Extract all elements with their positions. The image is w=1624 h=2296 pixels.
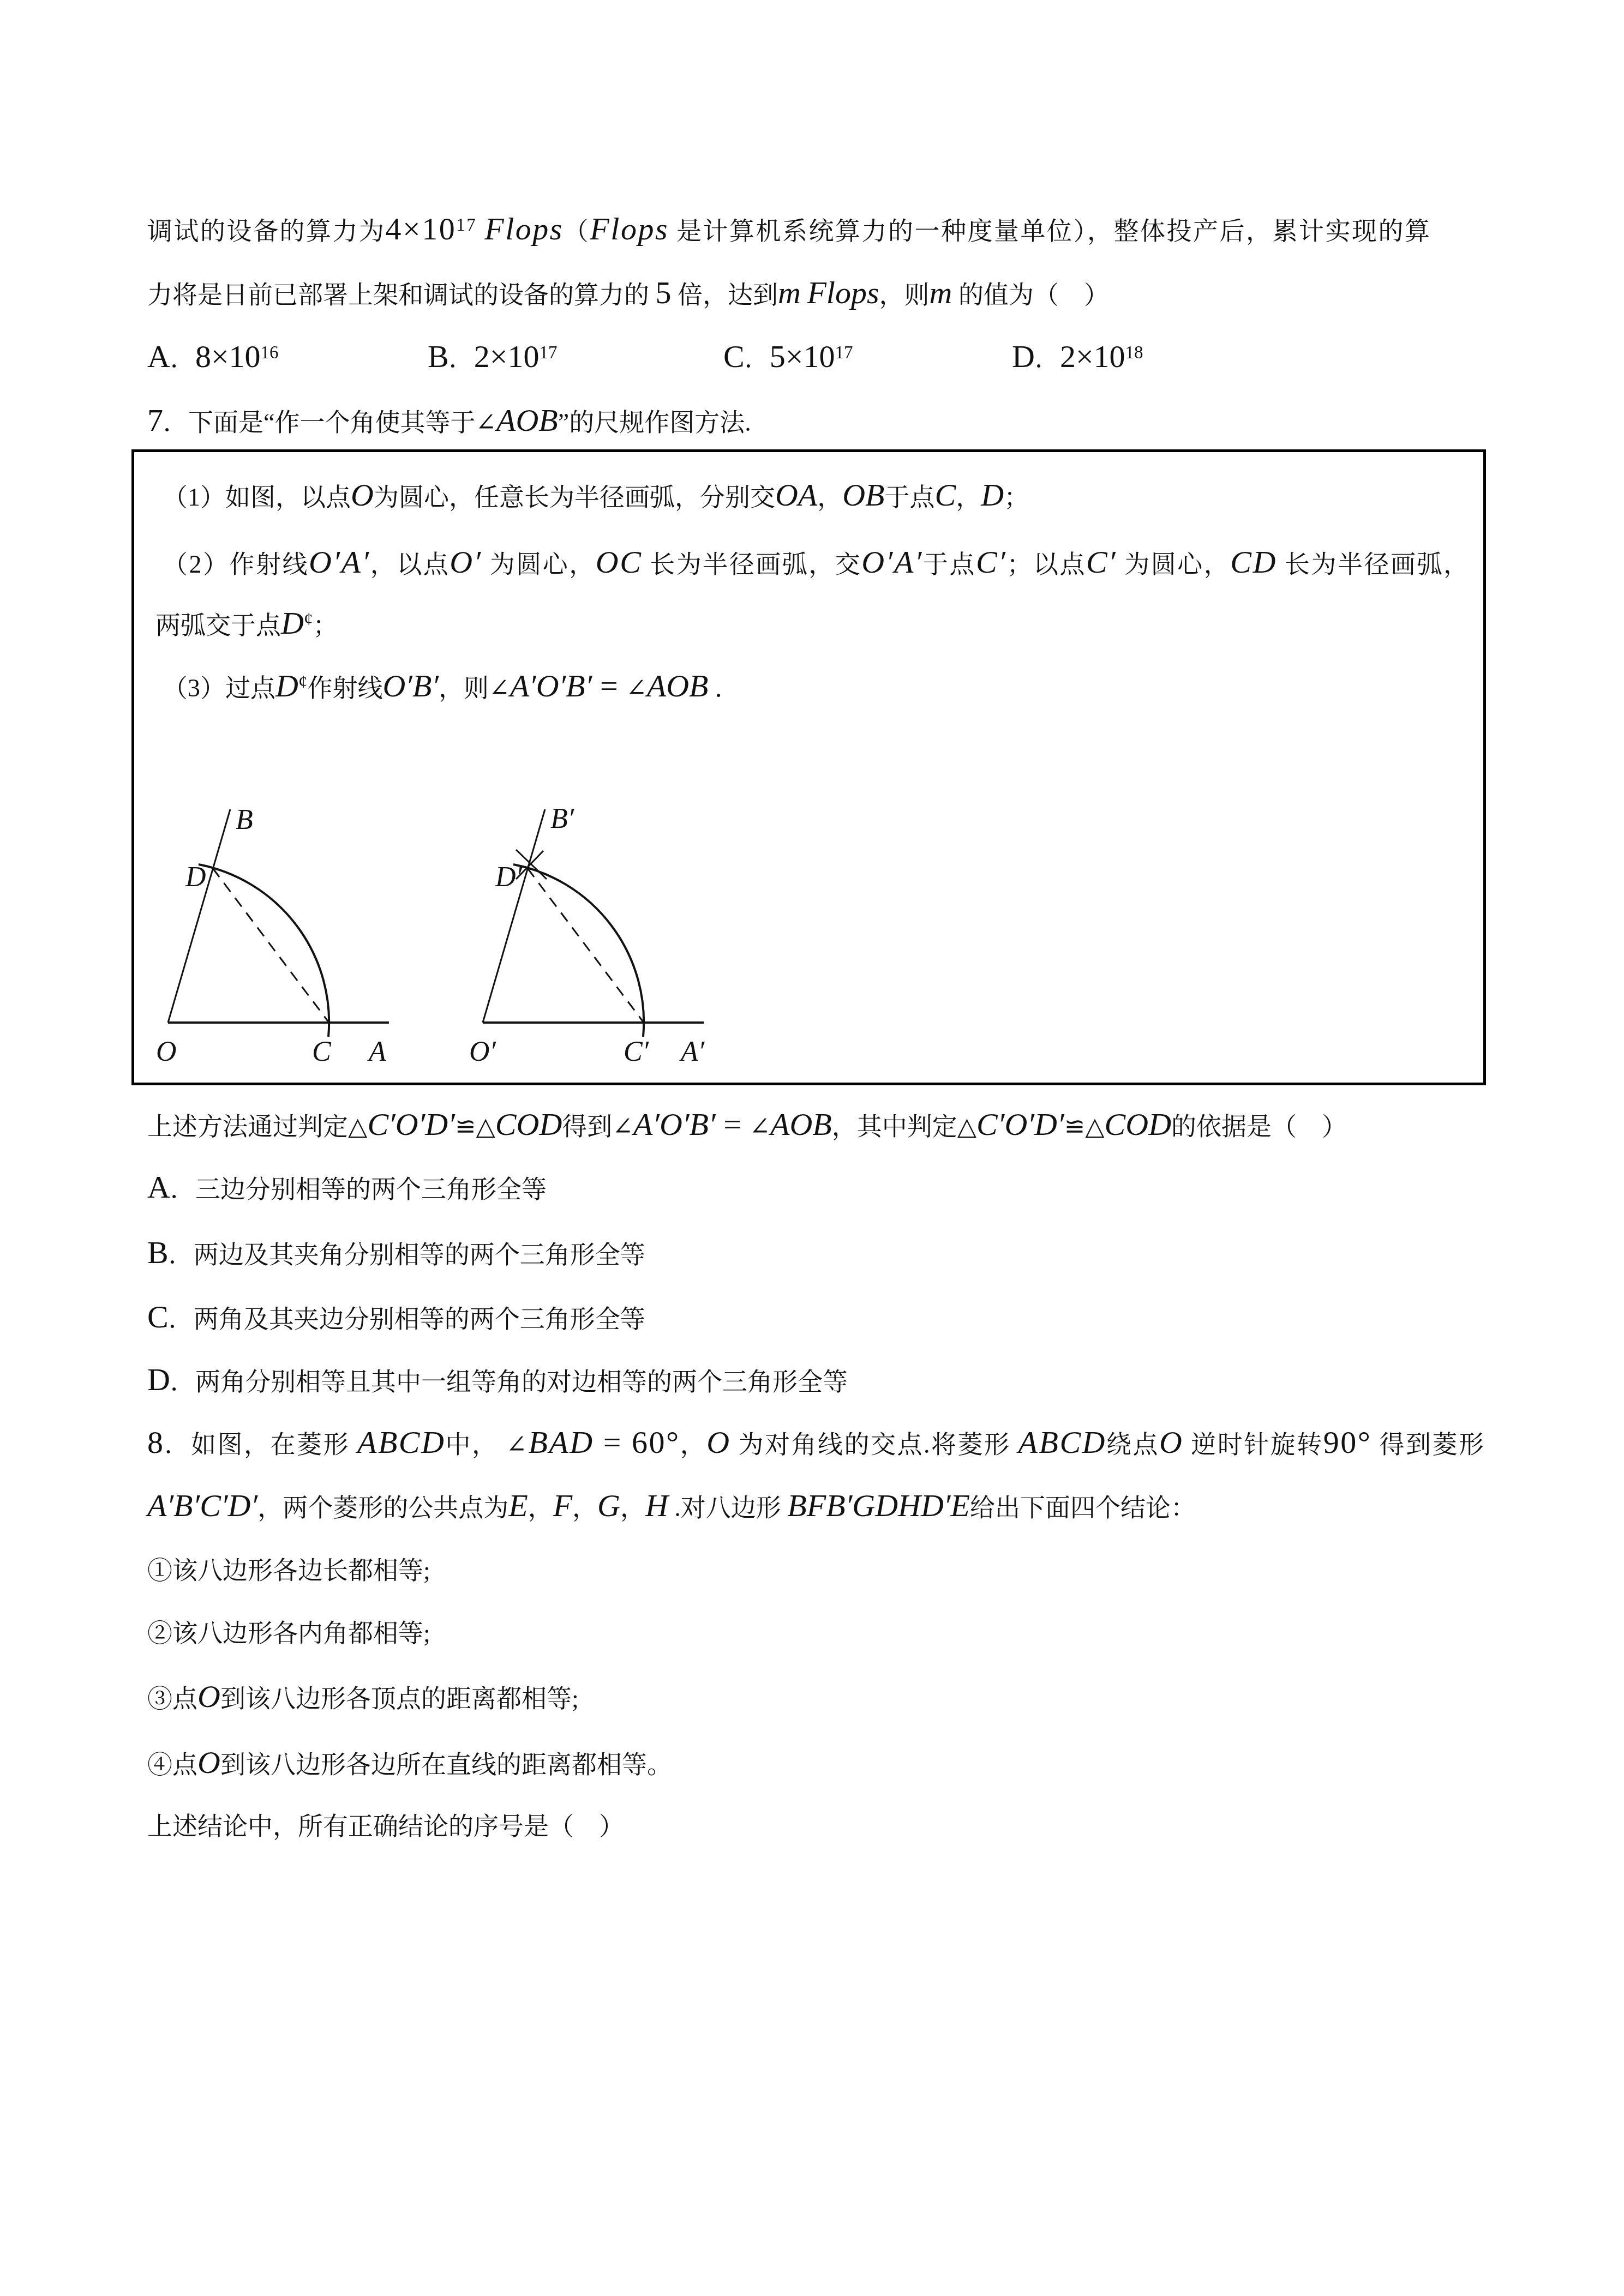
right-dashed-chord-D1C1: [528, 868, 644, 1023]
left-arc-CD: [199, 864, 329, 1037]
point-label-A: A: [367, 1036, 386, 1067]
q6-option-b: B．2×1017: [428, 324, 557, 391]
q8-conclusion-4: ④点O到该八边形各边所在直线的距离都相等。: [147, 1730, 672, 1795]
exam-page: 调试的设备的算力为4×1017 Flops（Flops 是计算机系统算力的一种度…: [0, 0, 1624, 2296]
q8-stem-line-1: 8．如图，在菱形 ABCD中， ∠BAD = 60°，O 为对角线的交点.将菱形…: [147, 1410, 1485, 1475]
point-label-C-prime: C′: [624, 1036, 650, 1067]
q6-body-line-2: 力将是日前已部署上架和调试的设备的算力的 5 倍，达到m Flops，则m 的值…: [147, 261, 1109, 325]
q6-body-line-1: 调试的设备的算力为4×1017 Flops（Flops 是计算机系统算力的一种度…: [147, 197, 1431, 261]
q8-stem-line-2: A′B′C′D′，两个菱形的公共点为E，F，G，H .对八边形 BFB′GDHD…: [147, 1474, 1196, 1538]
q7-option-b: B．两边及其夹角分别相等的两个三角形全等: [147, 1221, 645, 1285]
figure-angle-AOB: B D O C A: [156, 804, 389, 1067]
q8-conclusion-3: ③点O到该八边形各顶点的距离都相等;: [147, 1664, 579, 1729]
figure-angle-A1O1B1: B′ D′ O′ C′ A′: [469, 803, 705, 1067]
q7-box-step-2-line-1: （2）作射线O′A′，以点O′ 为圆心，OC 长为半径画弧，交O′A′于点C′；…: [163, 530, 1470, 594]
point-label-B: B: [236, 804, 253, 836]
right-ray-O1B1: [483, 809, 545, 1023]
point-label-C: C: [312, 1036, 332, 1067]
q7-stem: 7．下面是“作一个角使其等于∠AOB”的尺规作图方法.: [147, 388, 751, 453]
q7-option-c: C．两角及其夹边分别相等的两个三角形全等: [147, 1285, 645, 1349]
q7-judgment-line: 上述方法通过判定△C′O′D′≌△COD得到∠A′O′B′ = ∠AOB，其中判…: [147, 1092, 1347, 1157]
point-label-O-prime: O′: [469, 1036, 497, 1067]
right-arc-C1D1: [513, 864, 644, 1037]
construction-figures: B D O C A B′ D′ O′ C′ A′: [131, 785, 736, 1069]
q6-option-d: D．2×1018: [1012, 324, 1143, 391]
q7-option-a: A．三边分别相等的两个三角形全等: [147, 1155, 547, 1219]
left-ray-OB: [168, 809, 230, 1023]
q7-box-step-3: （3）过点D¢作射线O′B′，则∠A′O′B′ = ∠AOB ．: [163, 654, 740, 718]
q7-box-step-1: （1）如图，以点O为圆心，任意长为半径画弧，分别交OA，OB于点C，D；: [163, 463, 1029, 527]
point-label-D: D: [185, 862, 206, 893]
point-label-A-prime: A′: [679, 1036, 705, 1067]
q8-conclusion-1: ①该八边形各边长都相等;: [147, 1538, 430, 1603]
q8-conclusion-2: ②该八边形各内角都相等;: [147, 1601, 430, 1666]
point-label-B-prime: B′: [550, 803, 575, 834]
q6-option-c: C．5×1017: [723, 324, 853, 391]
q7-option-d: D．两角分别相等且其中一组等角的对边相等的两个三角形全等: [147, 1348, 848, 1412]
q7-box-step-2-line-2: 两弧交于点D¢；: [155, 591, 338, 656]
point-label-O: O: [156, 1036, 177, 1067]
q6-option-a: A．8×1016: [147, 324, 279, 391]
point-label-D-prime: D′: [495, 862, 523, 893]
q8-final-line: 上述结论中，所有正确结论的序号是（ ）: [147, 1794, 624, 1859]
left-dashed-chord-DC: [213, 868, 329, 1023]
